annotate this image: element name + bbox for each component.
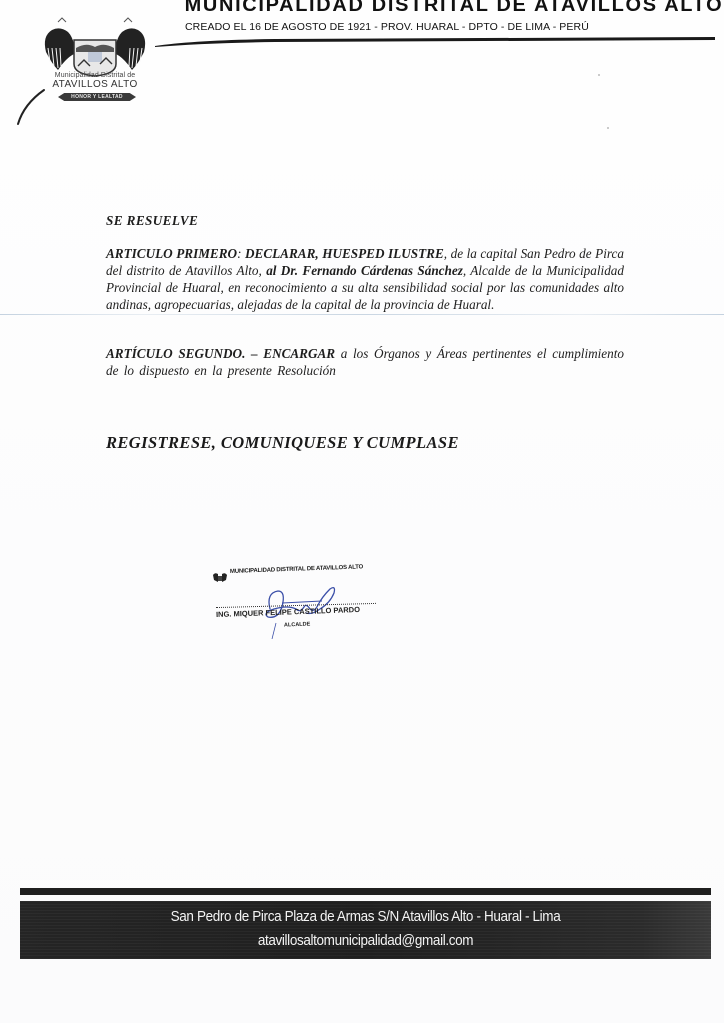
signer-role: ALCALDE [284, 622, 310, 629]
scan-speck [607, 127, 609, 129]
scan-speck [598, 74, 600, 76]
articulo-primero-honoree: al Dr. Fernando Cárdenas Sánchez [266, 263, 463, 278]
closing-formula: REGISTRESE, COMUNIQUESE Y CUMPLASE [106, 433, 459, 453]
articulo-primero-action: DECLARAR, HUESPED ILUSTRE [245, 246, 444, 261]
footer-band: San Pedro de Pirca Plaza de Armas S/N At… [20, 901, 711, 959]
mayor-signature-stamp: MUNICIPALIDAD DISTRITAL DE ATAVILLOS ALT… [212, 565, 382, 645]
footer-divider [20, 888, 711, 895]
stamp-header: MUNICIPALIDAD DISTRITAL DE ATAVILLOS ALT… [230, 564, 363, 575]
articulo-primero-label: ARTICULO PRIMERO [106, 246, 237, 261]
footer-email: atavillosaltomunicipalidad@gmail.com [55, 932, 677, 949]
logo-caption-big: ATAVILLOS ALTO [38, 79, 152, 90]
stamp-emblem-icon [212, 571, 228, 583]
pen-mark-icon [14, 86, 54, 126]
se-resuelve-heading: SE RESUELVE [106, 212, 624, 229]
articulo-segundo: ARTÍCULO SEGUNDO. – ENCARGAR a los Órgan… [106, 345, 624, 379]
articulo-primero-sep: : [237, 246, 245, 261]
header-swoosh-divider [155, 34, 715, 48]
document-page: Municipalidad Distrital de ATAVILLOS ALT… [0, 0, 724, 1023]
articulo-segundo-label: ARTÍCULO SEGUNDO. – ENCARGAR [106, 346, 335, 361]
header-title: MUNICIPALIDAD DISTRITAL DE ATAVILLOS ALT… [160, 0, 724, 15]
logo-caption-small: Municipalidad Distrital de [38, 72, 152, 79]
header-subtitle: CREADO EL 16 DE AGOSTO DE 1921 - PROV. H… [185, 21, 685, 33]
scan-artifact-line [0, 314, 724, 315]
articulo-primero: ARTICULO PRIMERO: DECLARAR, HUESPED ILUS… [106, 245, 624, 313]
footer-address: San Pedro de Pirca Plaza de Armas S/N At… [55, 908, 677, 925]
logo-motto-ribbon: HONOR Y LEALTAD [58, 93, 136, 101]
